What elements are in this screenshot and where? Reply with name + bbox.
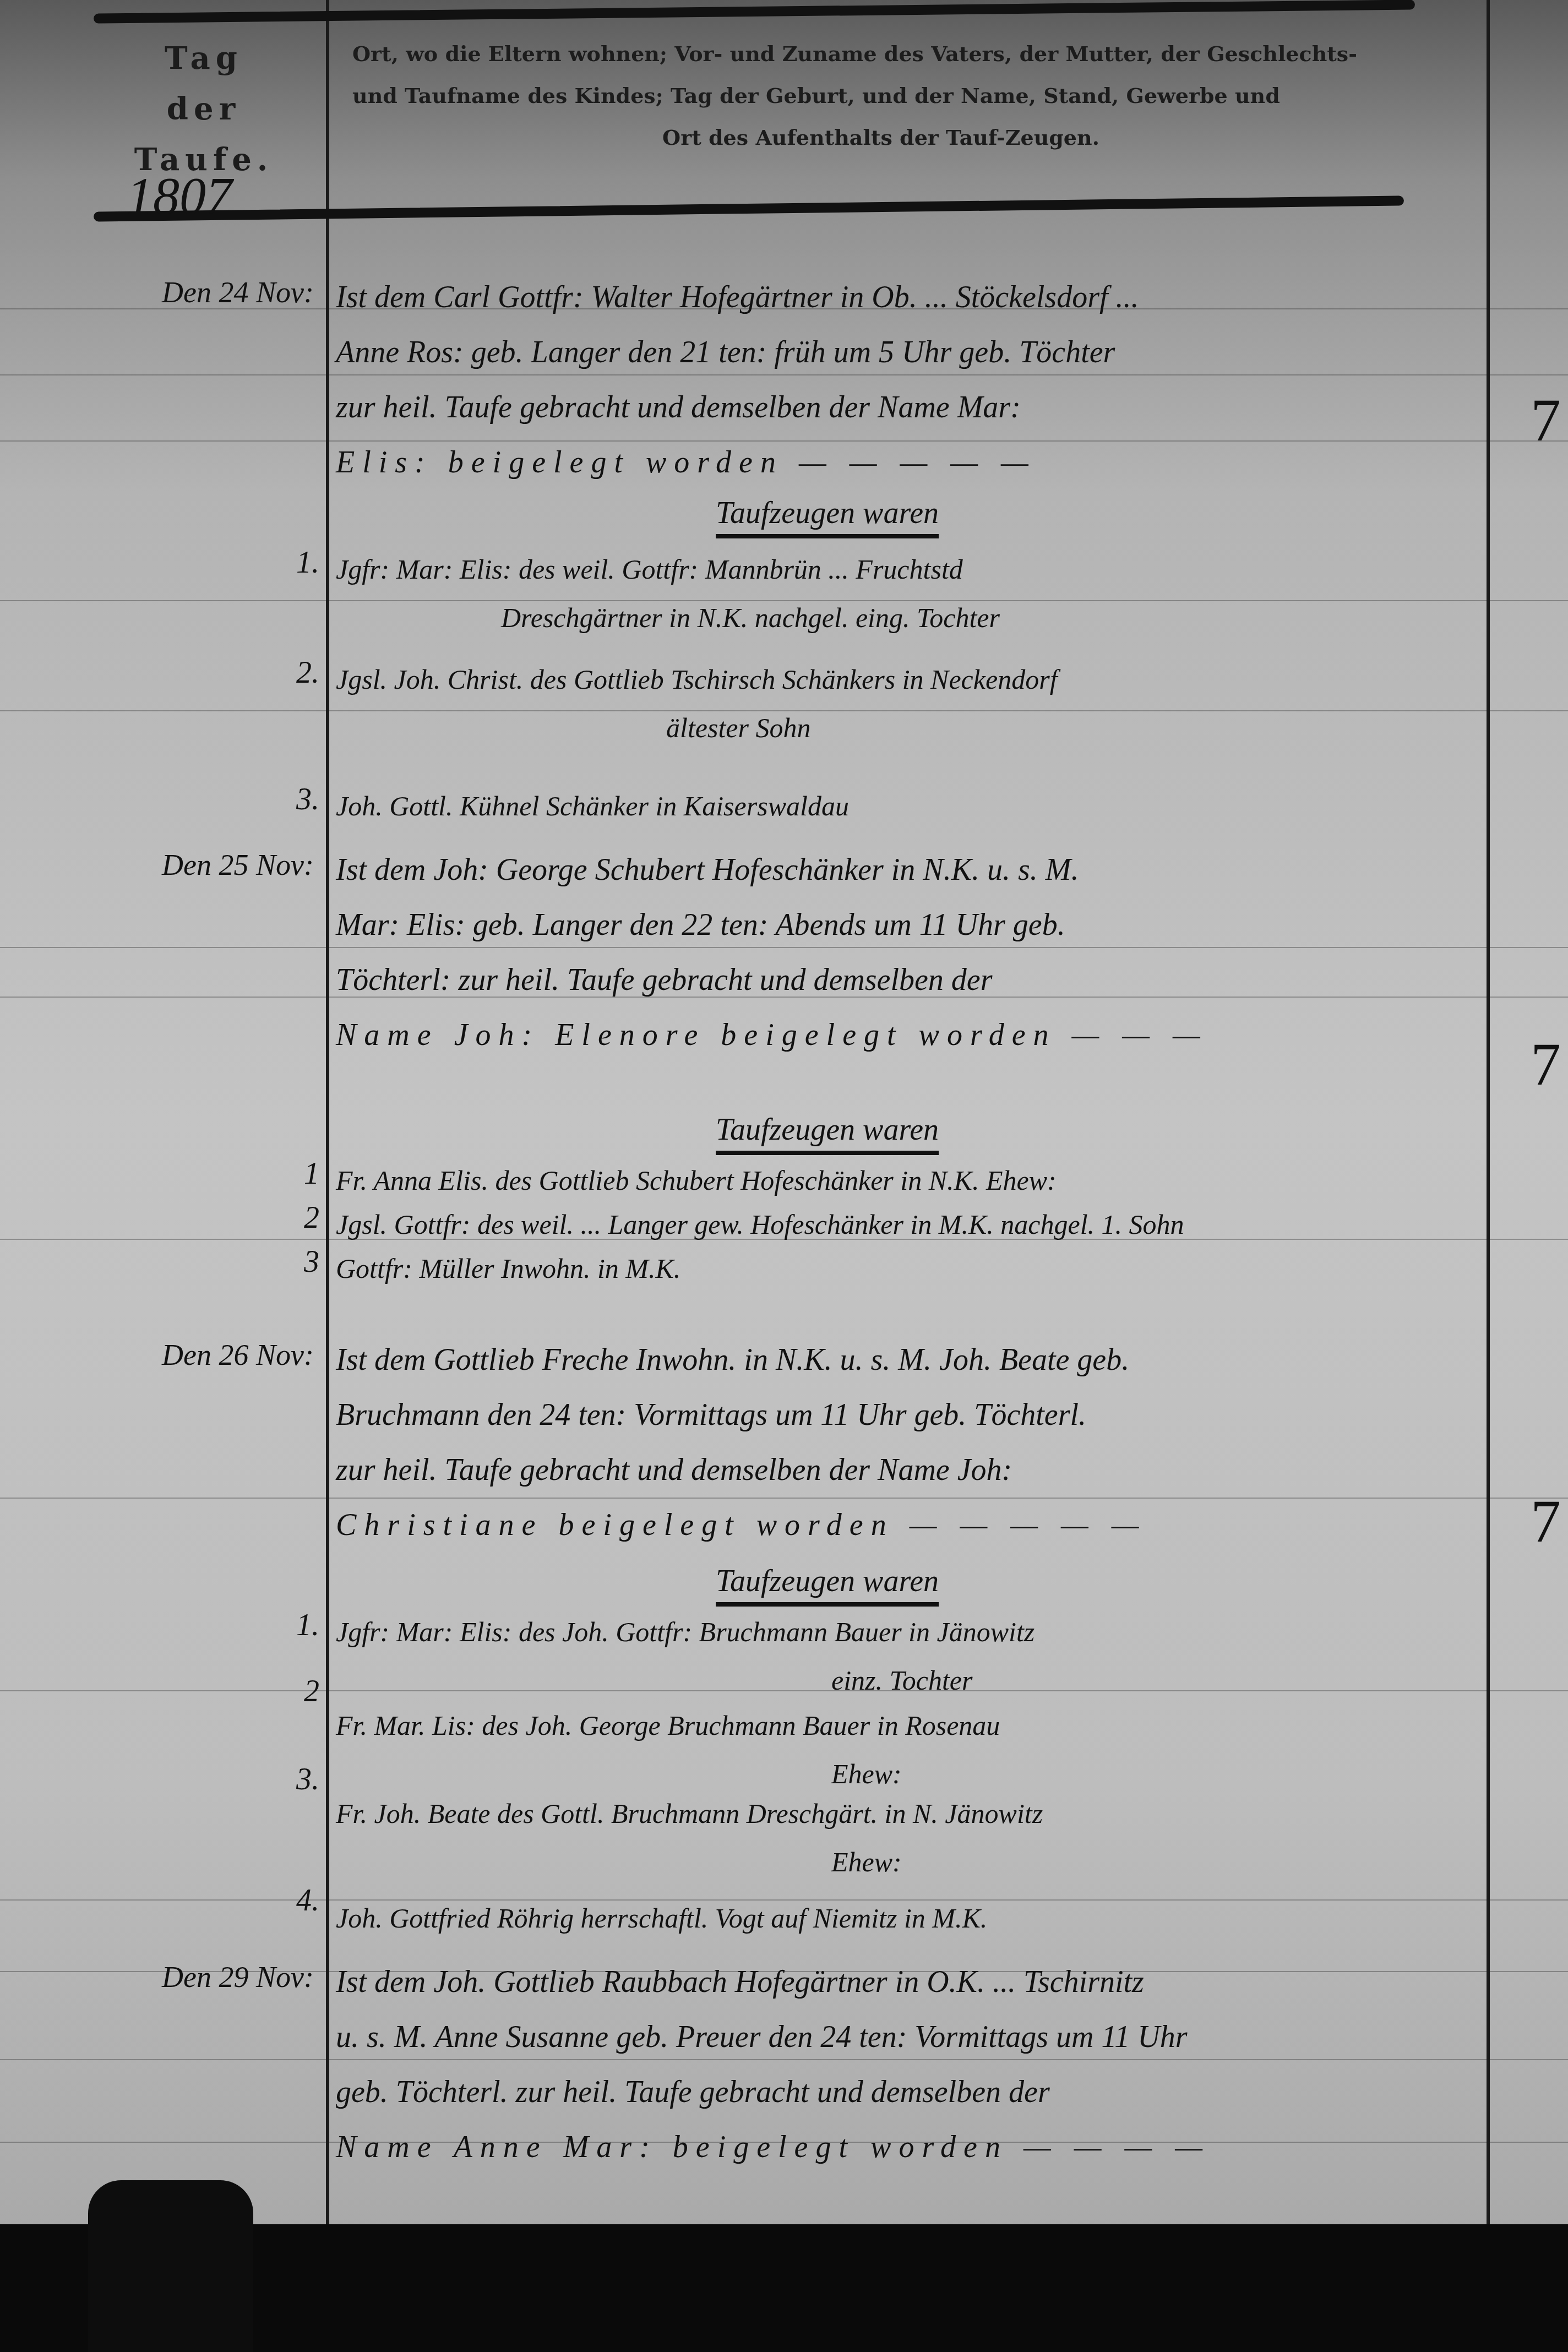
witness-number: 1. xyxy=(275,1608,319,1643)
header-line-3: Ort des Aufenthalts der Tauf-Zeugen. xyxy=(352,117,1409,159)
entry-line: Bruchmann den 24 ten: Vormittags um 11 U… xyxy=(336,1387,1470,1442)
entry-line: Name Joh: Elenore beigelegt worden — — — xyxy=(336,1008,1470,1063)
margin-mark: 7 xyxy=(1531,385,1561,455)
entry-line: Anne Ros: geb. Langer den 21 ten: früh u… xyxy=(336,325,1470,380)
witness-line: Gottfr: Müller Inwohn. in M.K. xyxy=(336,1244,1470,1293)
entry-line: zur heil. Taufe gebracht und demselben d… xyxy=(336,1442,1470,1498)
entry-date: Den 26 Nov: xyxy=(110,1338,314,1372)
witness-line: Ehew: xyxy=(336,1838,1470,1886)
witness-line: Fr. Joh. Beate des Gottl. Bruchmann Dres… xyxy=(336,1789,1470,1838)
witness-number: 2 xyxy=(275,1674,319,1709)
entry-line: Ist dem Joh: George Schubert Hofeschänke… xyxy=(336,842,1470,897)
witness-entry: Joh. Gottfried Röhrig herrschaftl. Vogt … xyxy=(336,1894,1470,1942)
entry-line: Christiane beigelegt worden — — — — — xyxy=(336,1498,1470,1553)
witness-entry: Jgfr: Mar: Elis: des Joh. Gottfr: Bruchm… xyxy=(336,1608,1470,1705)
witness-entry: Gottfr: Müller Inwohn. in M.K. xyxy=(336,1244,1470,1293)
register-year: 1807 xyxy=(127,165,232,226)
witness-entry: Jgsl. Joh. Christ. des Gottlieb Tschirsc… xyxy=(336,655,1470,752)
entry-text: Ist dem Carl Gottfr: Walter Hofegärtner … xyxy=(336,270,1470,490)
witness-line: ältester Sohn xyxy=(336,704,1470,752)
witness-heading: Taufzeugen waren xyxy=(716,496,939,538)
scan-shadow-object xyxy=(88,2180,253,2352)
entry-line: Ist dem Joh. Gottlieb Raubbach Hofegärtn… xyxy=(336,1954,1470,2010)
column-divider-right xyxy=(1487,0,1490,2224)
witness-line: Jgfr: Mar: Elis: des Joh. Gottfr: Bruchm… xyxy=(336,1608,1470,1656)
entry-text: Ist dem Joh. Gottlieb Raubbach Hofegärtn… xyxy=(336,1954,1470,2175)
header-tag-label: Tag xyxy=(99,33,308,84)
witness-entry: Jgfr: Mar: Elis: des weil. Gottfr: Mannb… xyxy=(336,545,1470,642)
entry-line: zur heil. Taufe gebracht und demselben d… xyxy=(336,380,1470,435)
entry-line: Ist dem Gottlieb Freche Inwohn. in N.K. … xyxy=(336,1332,1470,1387)
entry-line: u. s. M. Anne Susanne geb. Preuer den 24… xyxy=(336,2010,1470,2065)
witness-number: 3 xyxy=(275,1244,319,1280)
witness-entry: Joh. Gottl. Kühnel Schänker in Kaiserswa… xyxy=(336,782,1470,830)
witness-line: Jgsl. Joh. Christ. des Gottlieb Tschirsc… xyxy=(336,655,1470,704)
witness-entry: Fr. Joh. Beate des Gottl. Bruchmann Dres… xyxy=(336,1789,1470,1886)
register-page: Tag der Taufe. 1807 Ort, wo die Eltern w… xyxy=(0,0,1568,2235)
witness-number: 3. xyxy=(275,782,319,817)
margin-mark: 7 xyxy=(1531,1030,1561,1099)
entry-text: Ist dem Gottlieb Freche Inwohn. in N.K. … xyxy=(336,1332,1470,1553)
witness-number: 2. xyxy=(275,655,319,690)
entry-text: Ist dem Joh: George Schubert Hofeschänke… xyxy=(336,842,1470,1063)
entry-date: Den 24 Nov: xyxy=(110,275,314,309)
entry-line: Töchterl: zur heil. Taufe gebracht und d… xyxy=(336,952,1470,1008)
header-line-1: Ort, wo die Eltern wohnen; Vor- und Zuna… xyxy=(352,33,1409,75)
header-top-rule xyxy=(94,0,1415,24)
witness-number: 3. xyxy=(275,1762,319,1797)
witness-heading: Taufzeugen waren xyxy=(716,1112,939,1155)
header-bottom-rule xyxy=(94,195,1404,221)
witness-line: Fr. Anna Elis. des Gottlieb Schubert Hof… xyxy=(336,1156,1470,1205)
witness-entry: Fr. Mar. Lis: des Joh. George Bruchmann … xyxy=(336,1701,1470,1798)
witness-number: 1 xyxy=(275,1156,319,1191)
witness-number: 4. xyxy=(275,1883,319,1918)
witness-line: Jgfr: Mar: Elis: des weil. Gottfr: Mannb… xyxy=(336,545,1470,594)
entry-line: Name Anne Mar: beigelegt worden — — — — xyxy=(336,2120,1470,2175)
witness-entry: Fr. Anna Elis. des Gottlieb Schubert Hof… xyxy=(336,1156,1470,1205)
witness-heading: Taufzeugen waren xyxy=(716,1564,939,1607)
witness-line: Fr. Mar. Lis: des Joh. George Bruchmann … xyxy=(336,1701,1470,1750)
entry-line: Mar: Elis: geb. Langer den 22 ten: Abend… xyxy=(336,897,1470,952)
column-divider-date xyxy=(326,0,329,2224)
witness-number: 1. xyxy=(275,545,319,580)
margin-mark: 7 xyxy=(1531,1487,1561,1556)
witness-line: Jgsl. Gottfr: des weil. ... Langer gew. … xyxy=(336,1200,1470,1249)
witness-entry: Jgsl. Gottfr: des weil. ... Langer gew. … xyxy=(336,1200,1470,1249)
witness-line: Dreschgärtner in N.K. nachgel. eing. Toc… xyxy=(336,594,1470,642)
header-column-date: Tag der Taufe. xyxy=(99,33,308,185)
entry-line: geb. Töchterl. zur heil. Taufe gebracht … xyxy=(336,2065,1470,2120)
header-column-details: Ort, wo die Eltern wohnen; Vor- und Zuna… xyxy=(352,33,1409,159)
entry-line: Ist dem Carl Gottfr: Walter Hofegärtner … xyxy=(336,270,1470,325)
entry-date: Den 29 Nov: xyxy=(110,1960,314,1994)
witness-line: einz. Tochter xyxy=(336,1656,1470,1705)
entry-line: Elis: beigelegt worden — — — — — xyxy=(336,435,1470,490)
witness-number: 2 xyxy=(275,1200,319,1235)
witness-line: Joh. Gottl. Kühnel Schänker in Kaiserswa… xyxy=(336,782,1470,830)
entry-date: Den 25 Nov: xyxy=(110,848,314,882)
witness-line: Joh. Gottfried Röhrig herrschaftl. Vogt … xyxy=(336,1894,1470,1942)
header-line-2: und Taufname des Kindes; Tag der Geburt,… xyxy=(352,75,1409,117)
